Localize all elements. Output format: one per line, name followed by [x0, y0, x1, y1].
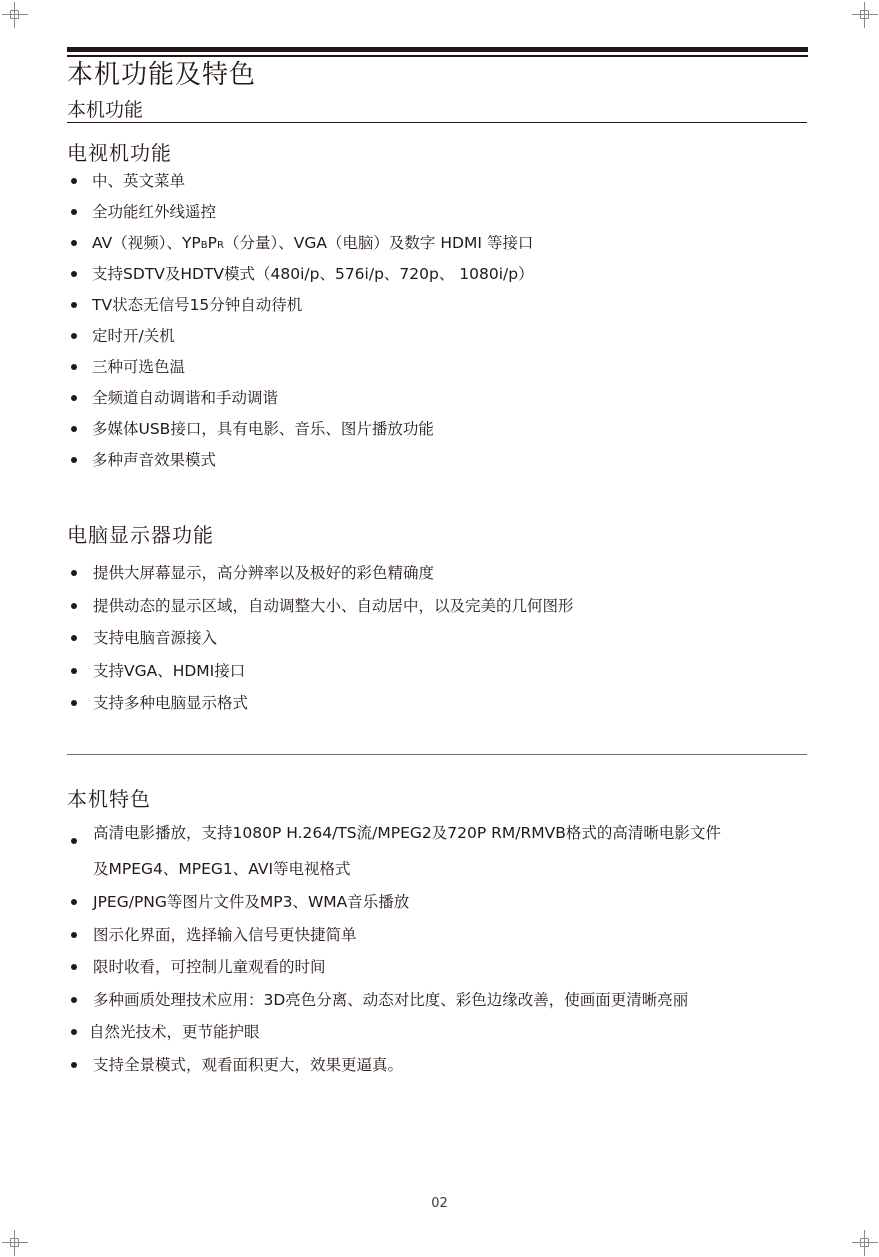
- list-item: 支持多种电脑显示格式: [70, 693, 574, 726]
- list-item: 自然光技术，更节能护眼: [70, 1022, 813, 1055]
- list-item: 定时开/关机: [70, 326, 534, 357]
- list-item: 三种可选色温: [70, 357, 534, 388]
- list-item: 提供大屏幕显示，高分辨率以及极好的彩色精确度: [70, 563, 574, 596]
- page-number: 02: [0, 1196, 879, 1211]
- list-item: 全功能红外线遥控: [70, 202, 534, 233]
- registration-mark-top-right-icon: [852, 2, 878, 28]
- list-item: TV状态无信号15分钟自动待机: [70, 295, 534, 326]
- section-heading-product-features: 本机特色: [67, 786, 151, 812]
- list-item: 全频道自动调谐和手动调谐: [70, 388, 534, 419]
- product-features-list: 高清电影播放，支持1080P H.264/TS流/MPEG2及720P RM/R…: [70, 823, 813, 1087]
- list-item: 图示化界面，选择输入信号更快捷简单: [70, 925, 813, 958]
- list-item: 支持全景模式，观看面积更大，效果更逼真。: [70, 1055, 813, 1088]
- registration-mark-bottom-left-icon: [2, 1230, 28, 1256]
- list-item: 多种声音效果模式: [70, 450, 534, 481]
- list-item: 中、英文菜单: [70, 171, 534, 202]
- pc-features-list: 提供大屏幕显示，高分辨率以及极好的彩色精确度 提供动态的显示区域，自动调整大小、…: [70, 563, 574, 726]
- registration-mark-bottom-right-icon: [852, 1230, 878, 1256]
- list-item: AV（视频）、YPBPR（分量）、VGA（电脑）及数字 HDMI 等接口: [70, 233, 534, 264]
- list-item: 支持电脑音源接入: [70, 628, 574, 661]
- list-item: 多种画质处理技术应用：3D亮色分离、动态对比度、彩色边缘改善，使画面更清晰亮丽: [70, 990, 813, 1023]
- list-item: 支持SDTV及HDTV模式（480i/p、576i/p、720p、 1080i/…: [70, 264, 534, 295]
- subtitle-underline: [67, 122, 807, 123]
- list-item: 支持VGA、HDMI接口: [70, 661, 574, 694]
- header-thick-rule: [67, 47, 808, 52]
- section-heading-tv-functions: 电视机功能: [67, 140, 172, 166]
- section-heading-pc-monitor-functions: 电脑显示器功能: [67, 522, 214, 548]
- list-item: 限时收看，可控制儿童观看的时间: [70, 957, 813, 990]
- list-item: 提供动态的显示区域，自动调整大小、自动居中，以及完美的几何图形: [70, 596, 574, 629]
- page-title: 本机功能及特色: [67, 58, 256, 92]
- header-thin-rule: [67, 55, 808, 57]
- tv-features-list: 中、英文菜单 全功能红外线遥控 AV（视频）、YPBPR（分量）、VGA（电脑）…: [70, 171, 534, 481]
- list-item: 高清电影播放，支持1080P H.264/TS流/MPEG2及720P RM/R…: [70, 823, 813, 892]
- list-item: 多媒体USB接口，具有电影、音乐、图片播放功能: [70, 419, 534, 450]
- registration-mark-top-left-icon: [2, 2, 28, 28]
- page-subtitle: 本机功能: [67, 98, 143, 122]
- list-item: JPEG/PNG等图片文件及MP3、WMA音乐播放: [70, 892, 813, 925]
- section-divider: [67, 754, 807, 755]
